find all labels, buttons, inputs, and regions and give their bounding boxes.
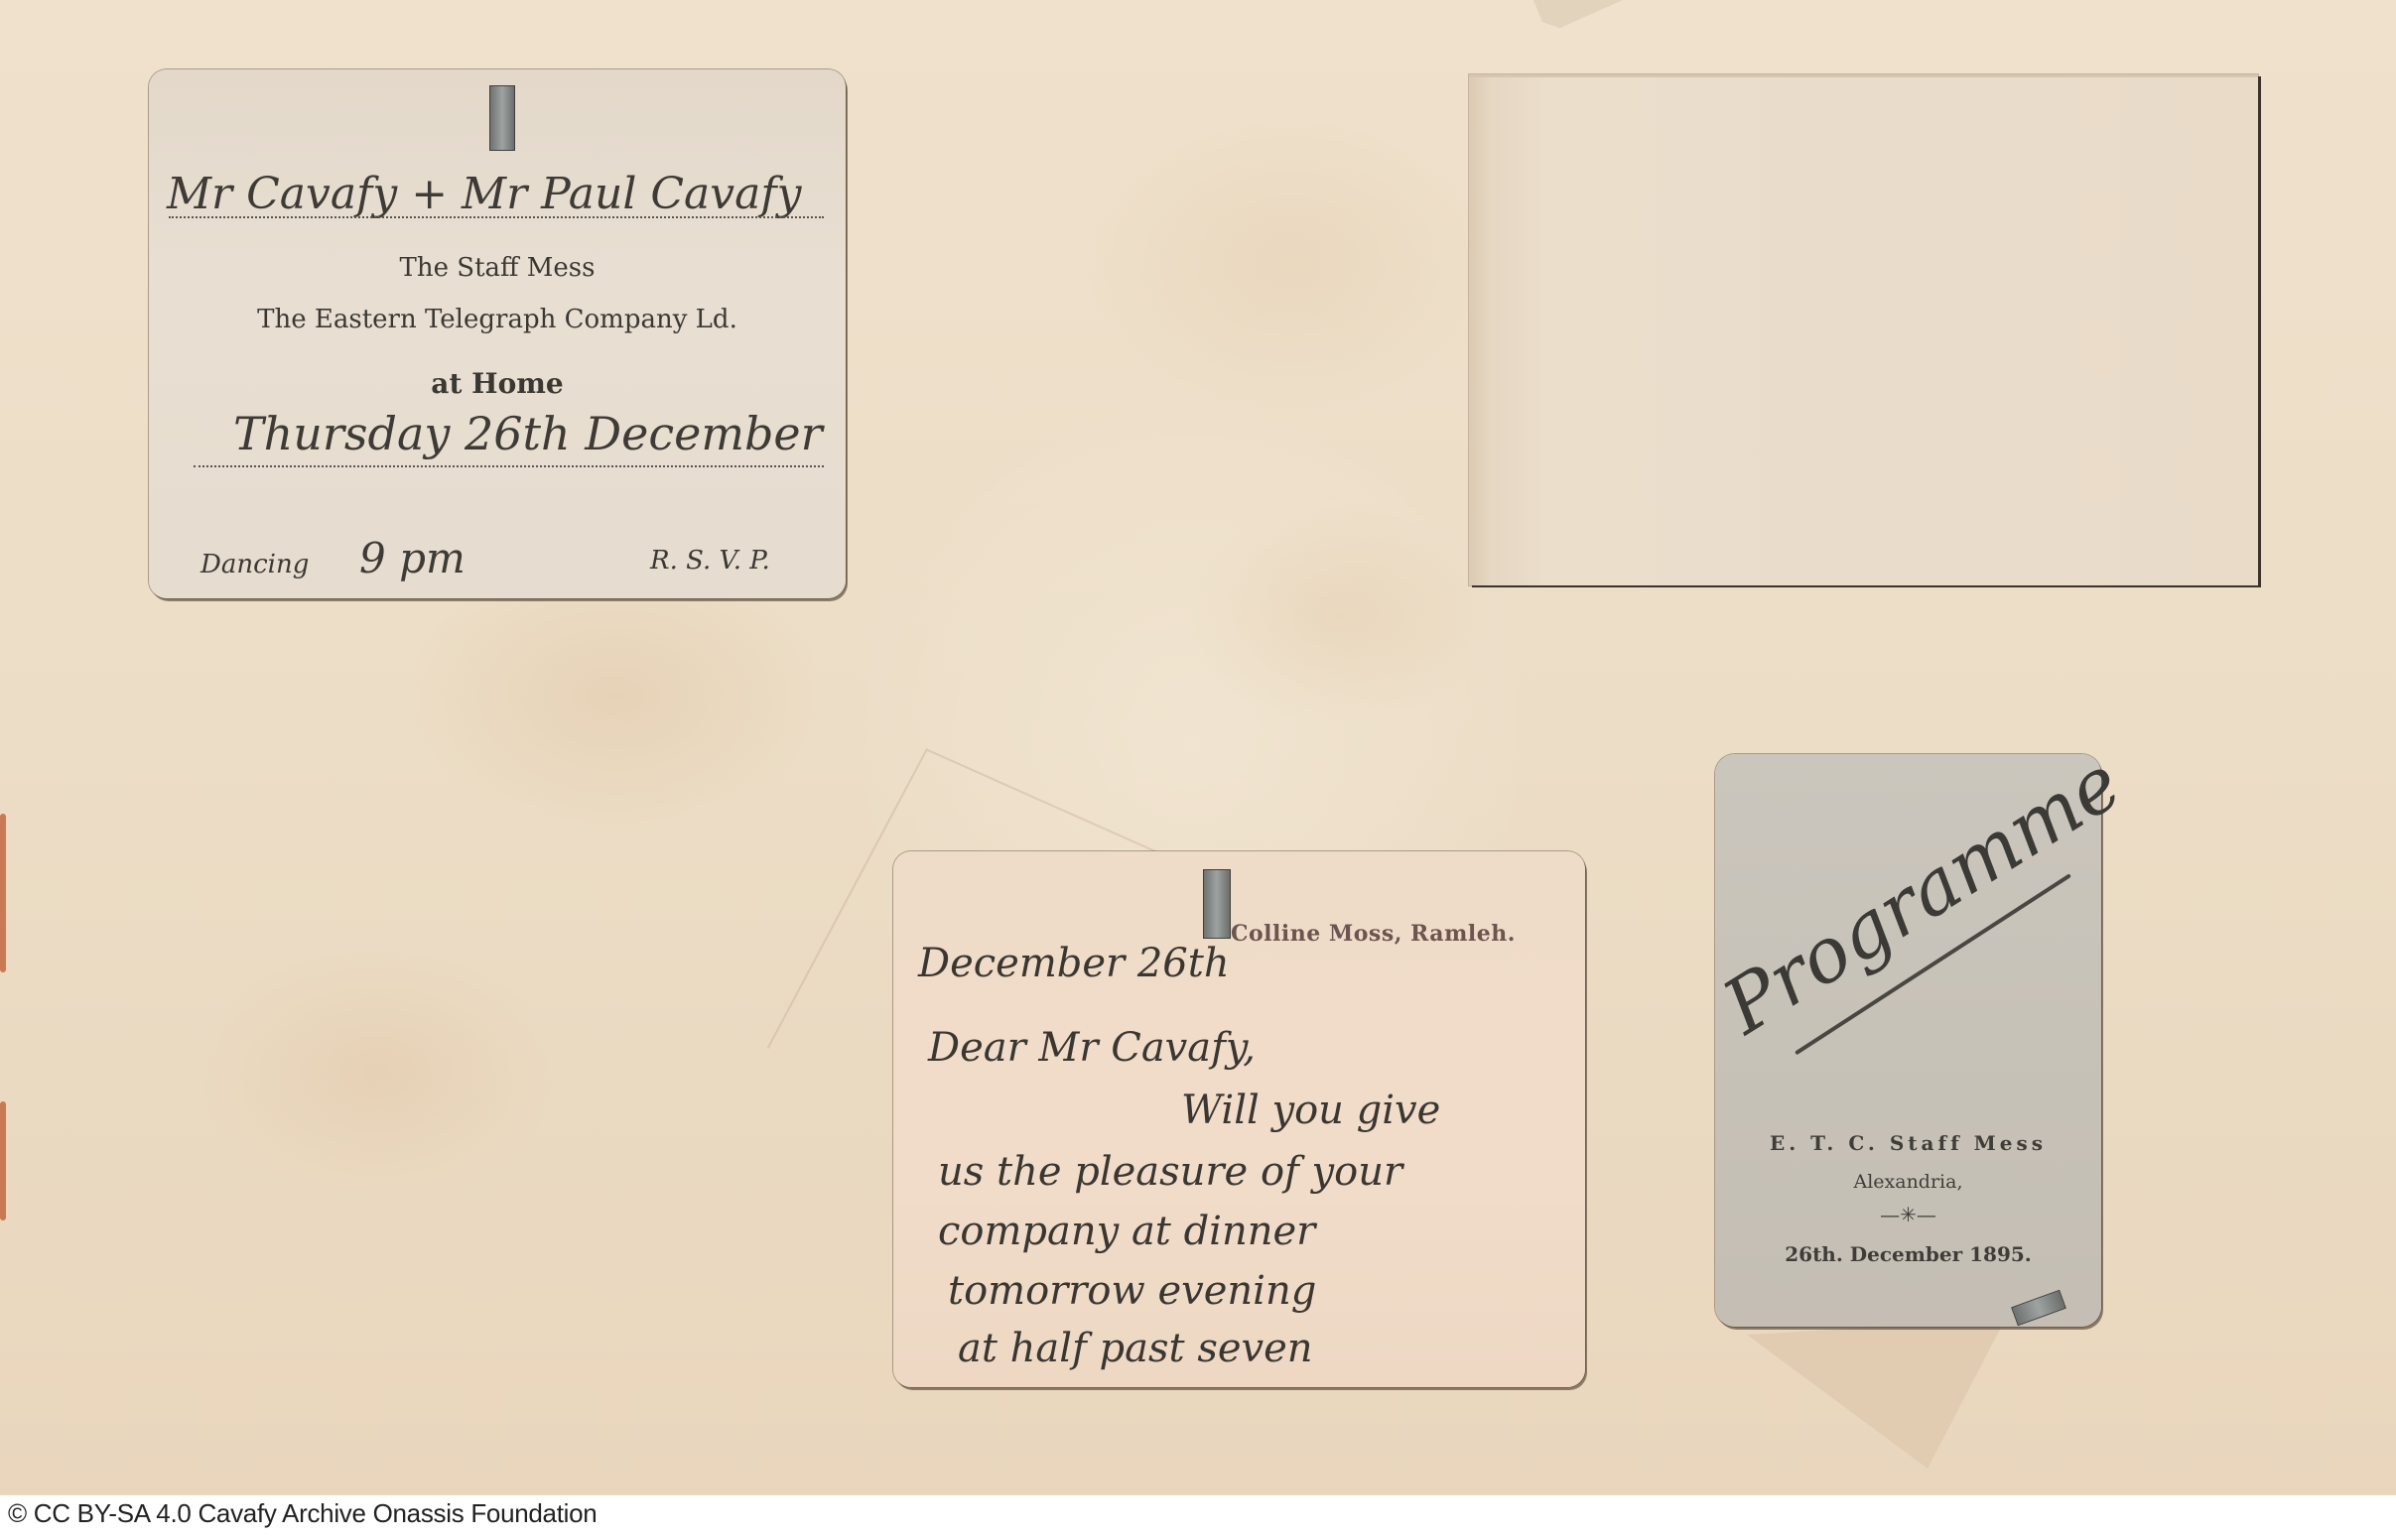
blank-envelope bbox=[1469, 74, 2258, 585]
handwritten-addressee: Mr Cavafy + Mr Paul Cavafy bbox=[167, 169, 802, 219]
handwritten-line: tomorrow evening bbox=[948, 1268, 1316, 1314]
printed-line-at-home: at Home bbox=[149, 367, 846, 400]
handwritten-salutation: Dear Mr Cavafy, bbox=[928, 1025, 1256, 1071]
metal-clip bbox=[1203, 869, 1231, 939]
programme-staff-mess: E. T. C. Staff Mess bbox=[1715, 1131, 2101, 1155]
printed-rsvp: R. S. V. P. bbox=[650, 546, 770, 576]
handwritten-line: Will you give bbox=[1181, 1088, 1440, 1133]
handwritten-line: us the pleasure of your bbox=[938, 1149, 1402, 1195]
album-page: Mr Cavafy + Mr Paul Cavafy The Staff Mes… bbox=[0, 0, 2396, 1495]
spine-stitch-mark bbox=[0, 1101, 6, 1220]
printed-header-address: Colline Moss, Ramleh. bbox=[1231, 921, 1516, 947]
programme-card: Programme E. T. C. Staff Mess Alexandria… bbox=[1715, 754, 2101, 1327]
printed-line-company: The Eastern Telegraph Company Ld. bbox=[149, 305, 846, 334]
handwritten-date: Thursday 26th December bbox=[233, 407, 823, 460]
handwritten-line: at half past seven bbox=[958, 1326, 1313, 1371]
programme-date: 26th. December 1895. bbox=[1715, 1242, 2101, 1266]
note-card: Colline Moss, Ramleh. December 26th Dear… bbox=[893, 851, 1585, 1387]
handwritten-time: 9 pm bbox=[359, 534, 466, 582]
programme-location: Alexandria, bbox=[1715, 1171, 2101, 1193]
metal-clip bbox=[489, 85, 515, 151]
handwritten-line: company at dinner bbox=[938, 1209, 1315, 1254]
dotted-rule bbox=[169, 216, 824, 218]
programme-title: Programme bbox=[1708, 738, 2136, 1051]
printed-dancing: Dancing bbox=[200, 550, 309, 579]
handwritten-date: December 26th bbox=[918, 941, 1230, 986]
torn-paper-fragment bbox=[1533, 0, 1623, 28]
copyright-caption: © CC BY-SA 4.0 Cavafy Archive Onassis Fo… bbox=[8, 1498, 597, 1529]
printed-line-staff-mess: The Staff Mess bbox=[149, 253, 846, 283]
torn-paper-flap bbox=[1747, 1320, 2005, 1469]
spine-stitch-mark bbox=[0, 814, 6, 972]
dotted-rule bbox=[194, 465, 824, 467]
invitation-card: Mr Cavafy + Mr Paul Cavafy The Staff Mes… bbox=[149, 69, 846, 598]
star-ornament-icon: —✳— bbox=[1715, 1203, 2101, 1226]
metal-clip bbox=[2011, 1290, 2066, 1327]
